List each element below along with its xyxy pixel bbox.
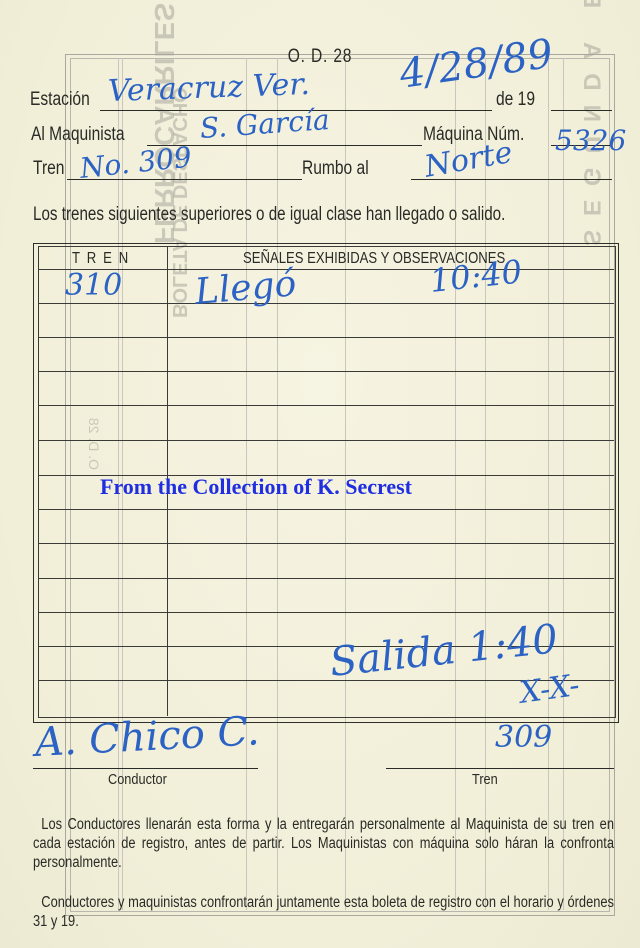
rumbo-label: Rumbo al	[302, 158, 369, 180]
estacion-label: Estación	[30, 89, 90, 111]
table-row[interactable]	[38, 509, 614, 510]
handwritten-maquina-num: 5326	[555, 124, 626, 157]
table-row[interactable]	[38, 612, 614, 613]
de-19-label: de 19	[496, 89, 535, 111]
table-row[interactable]	[38, 578, 614, 579]
handwritten-row1-tren: 310	[65, 268, 122, 303]
instructions-text-2: Conductores y maquinistas confrontarán j…	[33, 893, 614, 931]
conductor-label: Conductor	[108, 771, 167, 788]
table-row[interactable]	[38, 269, 614, 270]
tren-signature-line[interactable]	[386, 768, 614, 769]
table-row[interactable]	[38, 405, 614, 406]
conductor-signature-line[interactable]	[33, 768, 258, 769]
collection-watermark: From the Collection of K. Secrest	[100, 474, 412, 500]
table-row[interactable]	[38, 303, 614, 304]
trains-statement: Los trenes siguientes superiores o de ig…	[33, 204, 505, 226]
table-row[interactable]	[38, 543, 614, 544]
table-row[interactable]	[38, 371, 614, 372]
tren-label: Tren	[33, 158, 64, 180]
table-row[interactable]	[38, 440, 614, 441]
tren-signature-label: Tren	[472, 771, 498, 788]
handwritten-tren-num: 309	[495, 720, 552, 755]
instructions-paragraph-2: Conductores y maquinistas confrontarán j…	[33, 893, 614, 931]
table-row[interactable]	[38, 337, 614, 338]
maquinista-label: Al Maquinista	[31, 124, 125, 146]
instructions-text-1: Los Conductores llenarán esta forma y la…	[33, 815, 614, 872]
header-tren: T R E N	[72, 250, 130, 268]
instructions-paragraph-1: Los Conductores llenarán esta forma y la…	[33, 815, 614, 872]
handwritten-estacion: Veracruz Ver.	[107, 67, 310, 109]
bleed-through-edition: SEGUNDA EDICION	[577, 0, 605, 246]
year-field[interactable]	[551, 110, 612, 111]
